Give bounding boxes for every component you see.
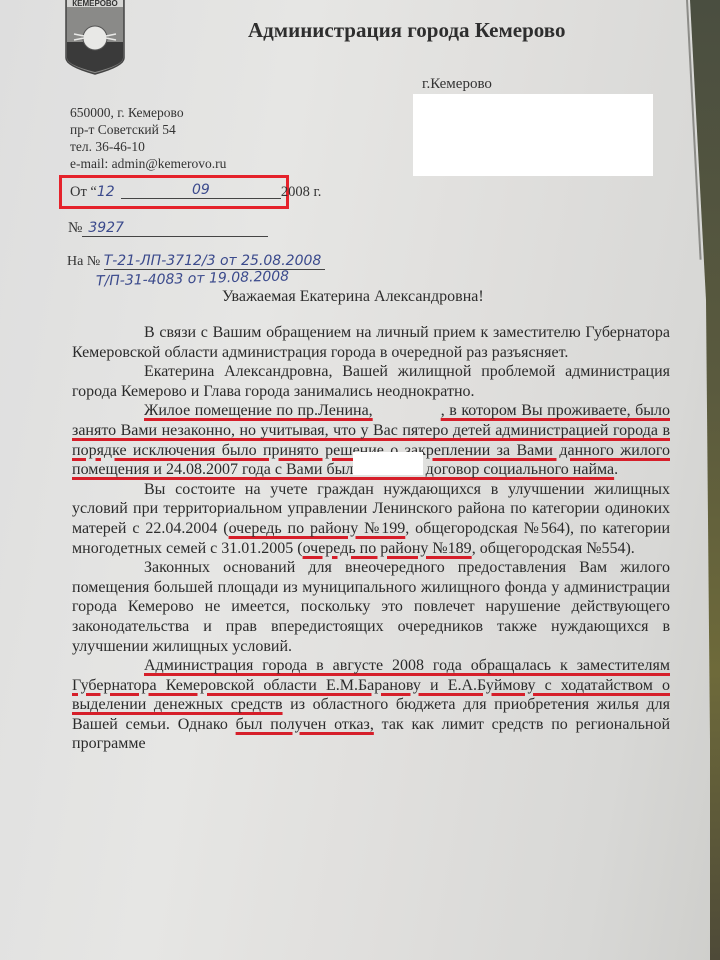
paragraph-1: В связи с Вашим обращением на личный при… — [72, 323, 670, 362]
underlined-text: был получен отказ, — [236, 716, 374, 733]
recipient-city: г.Кемерово — [422, 76, 492, 93]
number-value: 3927 — [82, 220, 268, 237]
salutation: Уважаемая Екатерина Александровна! — [222, 288, 484, 306]
outgoing-number: №3927 — [68, 220, 268, 237]
date-prefix: От “ — [70, 184, 97, 200]
sender-address: 650000, г. Кемерово пр-т Советский 54 те… — [70, 104, 226, 172]
paragraph-4: Вы состоите на учете граждан нуждающихся… — [72, 480, 670, 558]
redacted-street-number — [353, 452, 423, 475]
address-line: пр-т Советский 54 — [70, 121, 226, 138]
svg-text:КЕМЕРОВО: КЕМЕРОВО — [72, 0, 117, 8]
date-year: 2008 г. — [281, 184, 322, 200]
reference-number: На № Т-21-ЛП-3712/3 от 25.08.2008 — [67, 253, 325, 270]
number-label: № — [68, 220, 82, 236]
address-line: 650000, г. Кемерово — [70, 104, 226, 121]
letter-date: От “12092008 г. — [70, 184, 321, 201]
letter-page: КЕМЕРОВО Администрация города Кемерово г… — [0, 0, 710, 960]
date-day: 12 — [97, 184, 121, 200]
redacted-recipient-address — [413, 94, 653, 176]
date-month: 09 — [121, 182, 281, 199]
underlined-text: Жилое помещение по пр.Ленина, — [144, 402, 373, 419]
address-line: e-mail: admin@kemerovo.ru — [70, 155, 226, 172]
address-line: тел. 36-46-10 — [70, 138, 226, 155]
organization-name: Администрация города Кемерово — [248, 18, 565, 43]
city-crest-icon: КЕМЕРОВО — [64, 0, 126, 76]
underlined-text: очередь по району №189 — [303, 540, 472, 557]
paragraph-2: Екатерина Александровна, Вашей жилищной … — [72, 362, 670, 401]
paragraph-5: Законных оснований для внеочередного пре… — [72, 558, 670, 656]
reference-value-1: Т-21-ЛП-3712/3 от 25.08.2008 — [104, 253, 326, 270]
paragraph-6: Администрация города в августе 2008 года… — [72, 656, 670, 754]
underlined-text: очередь по району №199 — [229, 520, 406, 537]
letter-body: В связи с Вашим обращением на личный при… — [72, 323, 670, 754]
reference-value-2: Т/П-31-4083 от 19.08.2008 — [96, 268, 289, 289]
reference-label: На № — [67, 254, 100, 269]
